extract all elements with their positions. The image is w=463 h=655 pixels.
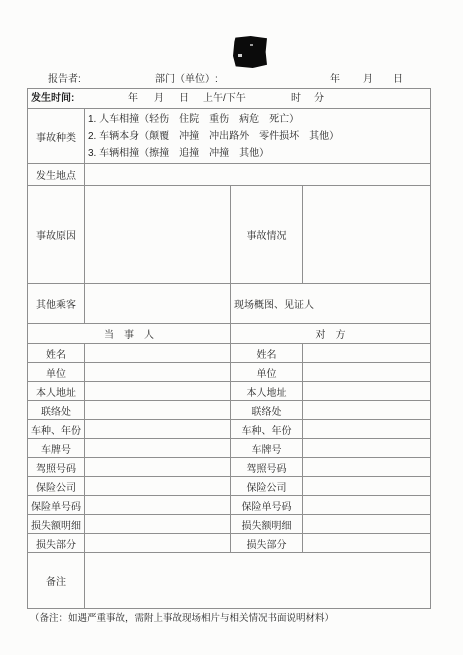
accident-type-option-3: 3. 车辆相撞（擦撞 追撞 冲撞 其他） (88, 145, 427, 162)
vehicle-year-value-left (85, 420, 231, 439)
policy-number-value-right (303, 496, 431, 515)
passengers-sketch-row: 其他乘客 现场概图、见证人 (28, 284, 431, 324)
vehicle-year-label-left: 车种、年份 (28, 420, 85, 439)
scene-sketch-cell: 现场概图、见证人 (231, 284, 431, 324)
policy-number-label-left: 保险单号码 (28, 496, 85, 515)
table-row-loss-detail: 损失额明细 损失额明细 (28, 515, 431, 534)
stamp-speck (238, 54, 242, 57)
loss-part-label-right: 损失部分 (231, 534, 303, 553)
table-row-plate: 车牌号 车牌号 (28, 439, 431, 458)
insurer-label-left: 保险公司 (28, 477, 85, 496)
vehicle-year-value-right (303, 420, 431, 439)
situation-label: 事故情况 (231, 186, 303, 284)
plate-value-left (85, 439, 231, 458)
table-row-license: 驾照号码 驾照号码 (28, 458, 431, 477)
situation-value-cell (303, 186, 431, 284)
loss-part-label-left: 损失部分 (28, 534, 85, 553)
contact-label-left: 联络处 (28, 401, 85, 420)
cause-label: 事故原因 (28, 186, 85, 284)
policy-number-label-right: 保险单号码 (231, 496, 303, 515)
location-value-cell (85, 164, 431, 186)
loss-part-value-right (303, 534, 431, 553)
loss-detail-value-left (85, 515, 231, 534)
table-row-insurer: 保险公司 保险公司 (28, 477, 431, 496)
time-ampm-label: 上午/下午 (203, 89, 246, 108)
name-value-right (303, 344, 431, 363)
loss-part-value-left (85, 534, 231, 553)
table-row-contact: 联络处 联络处 (28, 401, 431, 420)
accident-type-row: 事故种类 1. 人车相撞（轻伤 住院 重伤 病危 死亡） 2. 车辆本身（颠覆 … (28, 109, 431, 164)
unit-label-right: 单位 (231, 363, 303, 382)
name-label-right: 姓名 (231, 344, 303, 363)
loss-detail-label-right: 损失额明细 (231, 515, 303, 534)
accident-report-table: 发生时间: 年 月 日 上午/下午 时 分 事故种类 1. 人车相撞（轻伤 住院… (27, 88, 431, 609)
address-label-left: 本人地址 (28, 382, 85, 401)
unit-value-right (303, 363, 431, 382)
insurer-value-right (303, 477, 431, 496)
name-value-left (85, 344, 231, 363)
location-label: 发生地点 (28, 164, 85, 186)
header-day-label: 日 (393, 73, 403, 87)
loss-detail-label-left: 损失额明细 (28, 515, 85, 534)
reporter-label: 报告者: (48, 73, 81, 87)
scene-sketch-label: 现场概图、见证人 (234, 300, 314, 311)
time-day-label: 日 (179, 89, 189, 108)
table-row-address: 本人地址 本人地址 (28, 382, 431, 401)
accident-type-option-2: 2. 车辆本身（颠覆 冲撞 冲出路外 零件损坏 其他） (88, 128, 427, 145)
department-label: 部门（单位）: (155, 73, 218, 87)
license-label-right: 驾照号码 (231, 458, 303, 477)
other-passengers-value-cell (85, 284, 231, 324)
occurrence-time-label: 发生时间: (31, 89, 74, 108)
license-value-left (85, 458, 231, 477)
remarks-value-cell (85, 553, 431, 609)
contact-label-right: 联络处 (231, 401, 303, 420)
party-header-left: 当 事 人 (28, 324, 231, 344)
occurrence-time-row: 发生时间: 年 月 日 上午/下午 时 分 (28, 89, 431, 109)
accident-type-label: 事故种类 (28, 109, 85, 164)
loss-detail-value-right (303, 515, 431, 534)
contact-value-left (85, 401, 231, 420)
header-year-label: 年 (330, 73, 340, 87)
accident-type-options-cell: 1. 人车相撞（轻伤 住院 重伤 病危 死亡） 2. 车辆本身（颠覆 冲撞 冲出… (85, 109, 431, 164)
location-row: 发生地点 (28, 164, 431, 186)
other-passengers-label: 其他乘客 (28, 284, 85, 324)
table-row-unit: 单位 单位 (28, 363, 431, 382)
unit-value-left (85, 363, 231, 382)
unit-label-left: 单位 (28, 363, 85, 382)
license-value-right (303, 458, 431, 477)
time-hour-label: 时 (291, 89, 301, 108)
cause-value-cell (85, 186, 231, 284)
time-year-label: 年 (128, 89, 138, 108)
insurer-value-left (85, 477, 231, 496)
table-row-policy-number: 保险单号码 保险单号码 (28, 496, 431, 515)
header-month-label: 月 (363, 73, 373, 87)
time-minute-label: 分 (314, 89, 324, 108)
address-value-right (303, 382, 431, 401)
table-row-vehicle-year: 车种、年份 车种、年份 (28, 420, 431, 439)
table-row-name: 姓名 姓名 (28, 344, 431, 363)
insurer-label-right: 保险公司 (231, 477, 303, 496)
table-row-loss-part: 损失部分 损失部分 (28, 534, 431, 553)
party-header-row: 当 事 人 对 方 (28, 324, 431, 344)
vehicle-year-label-right: 车种、年份 (231, 420, 303, 439)
plate-label-left: 车牌号 (28, 439, 85, 458)
contact-value-right (303, 401, 431, 420)
plate-value-right (303, 439, 431, 458)
plate-label-right: 车牌号 (231, 439, 303, 458)
address-value-left (85, 382, 231, 401)
remarks-row: 备注 (28, 553, 431, 609)
accident-type-option-1: 1. 人车相撞（轻伤 住院 重伤 病危 死亡） (88, 111, 427, 128)
report-header-line: 报告者: 部门（单位）: 年 月 日 (27, 73, 430, 87)
footer-note: （备注：如遇严重事故，需附上事故现场相片与相关情况书面说明材料） (30, 613, 450, 625)
policy-number-value-left (85, 496, 231, 515)
cause-situation-row: 事故原因 事故情况 (28, 186, 431, 284)
stamp-speck (250, 44, 253, 46)
time-month-label: 月 (154, 89, 164, 108)
address-label-right: 本人地址 (231, 382, 303, 401)
name-label-left: 姓名 (28, 344, 85, 363)
occurrence-time-cell: 发生时间: 年 月 日 上午/下午 时 分 (28, 89, 431, 109)
redacted-stamp (233, 36, 267, 68)
license-label-left: 驾照号码 (28, 458, 85, 477)
party-header-right: 对 方 (231, 324, 431, 344)
remarks-label: 备注 (28, 553, 85, 609)
accident-report-form-page: 报告者: 部门（单位）: 年 月 日 发生时间: 年 月 日 上午/下午 时 分… (0, 0, 463, 655)
